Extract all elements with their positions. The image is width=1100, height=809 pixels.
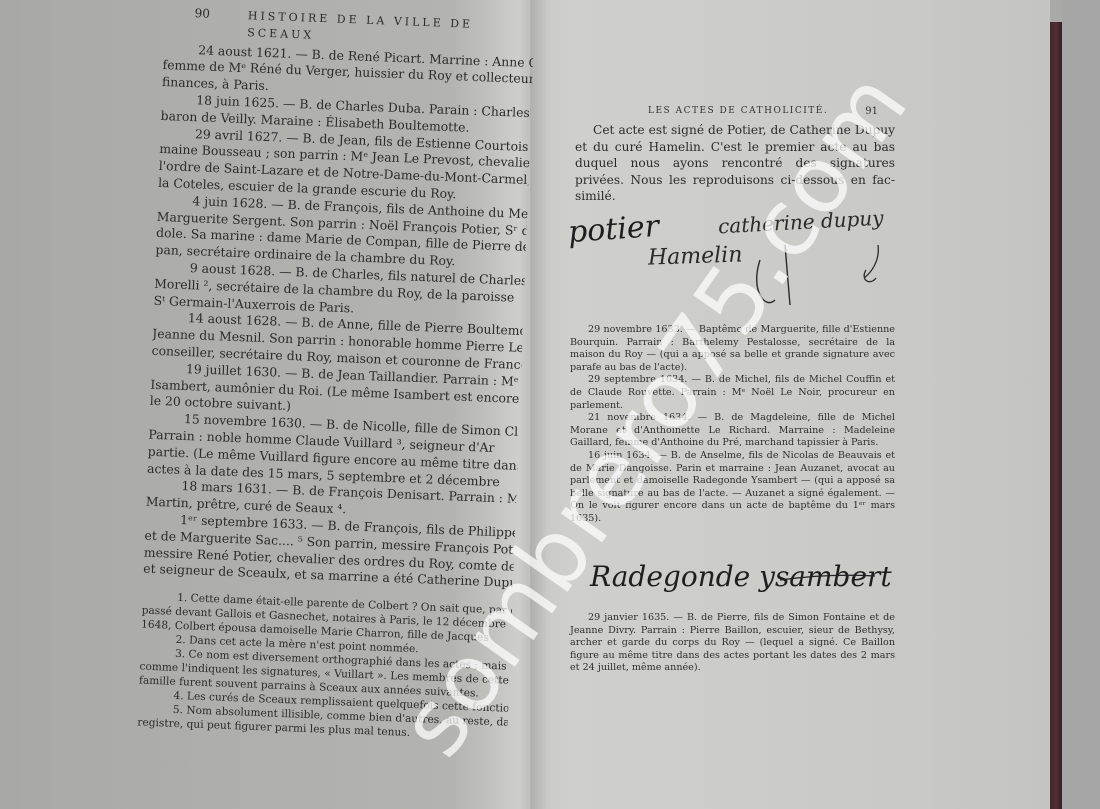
baptism-entries-right: 29 novembre 1633. — Baptême de Marguerit… <box>570 324 895 526</box>
page-number: 90 <box>194 5 210 22</box>
entry: 29 novembre 1633. — Baptême de Marguerit… <box>570 324 895 374</box>
intro-paragraph: Cet acte est signé de Potier, de Catheri… <box>575 122 895 205</box>
paragraph: Cet acte est signé de Potier, de Catheri… <box>575 122 895 205</box>
entry: 29 janvier 1635. — B. de Pierre, fils de… <box>570 612 895 675</box>
entry: 1ᵉʳ septembre 1633. — B. de François, fi… <box>143 511 515 592</box>
footnotes: 1. Cette dame était-elle parente de Colb… <box>137 590 512 744</box>
signature-underline-icon <box>780 568 880 588</box>
book-cover-edge <box>1050 22 1062 809</box>
page-number: 91 <box>865 106 878 117</box>
running-head: LES ACTES DE CATHOLICITÉ. <box>648 106 828 117</box>
entry: 16 juin 1634. — B. de Anselme, fils de N… <box>570 450 895 526</box>
right-page-header: LES ACTES DE CATHOLICITÉ. 91 <box>648 106 878 117</box>
entry: 21 novembre 1634. — B. de Magdeleine, fi… <box>570 412 895 450</box>
baptism-entries: 24 aoust 1621. — B. de René Picart. Marr… <box>143 41 533 592</box>
entry: 29 septembre 1634. — B. de Michel, fils … <box>570 374 895 412</box>
background-surface <box>1062 0 1100 809</box>
signature-flourish-icon <box>560 200 920 320</box>
left-page-text: 90 HISTOIRE DE LA VILLE DE SCEAUX 24 aou… <box>137 4 535 744</box>
baptism-entries-right-2: 29 janvier 1635. — B. de Pierre, fils de… <box>570 612 895 675</box>
